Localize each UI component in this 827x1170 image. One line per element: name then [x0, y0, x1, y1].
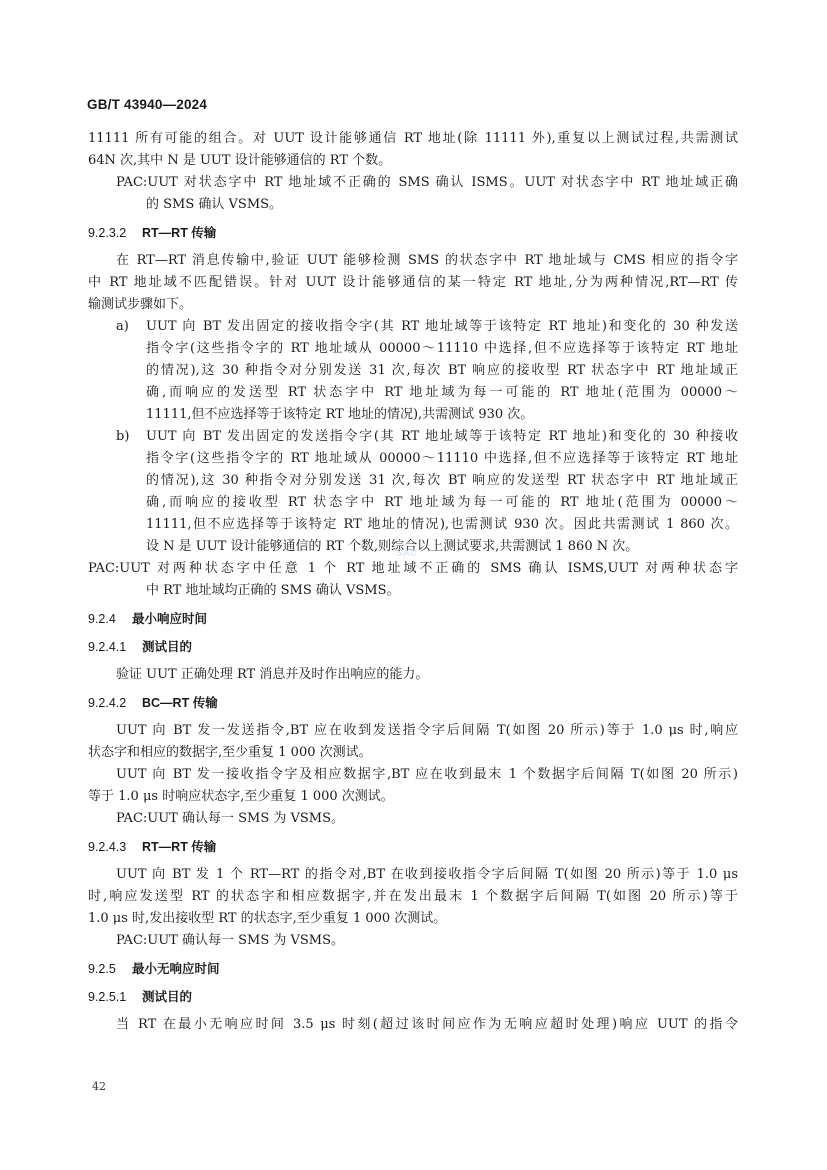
paragraph: UUT 向 BT 发一接收指令字及相应数据字,BT 应在收到最末 1 个数据字后… [88, 764, 738, 808]
section-number: 9.2.4.3 [88, 836, 132, 858]
text-line: UUT 向 BT 发 1 个 RT—RT 的指令对,BT 在收到接收指令字后间隔… [88, 864, 738, 886]
text-line: 在 RT—RT 消息传输中,验证 UUT 能够检测 SMS 的状态字中 RT 地… [88, 250, 738, 272]
section-heading: 9.2.5.1测试目的 [88, 986, 738, 1008]
paragraph: UUT 向 BT 发 1 个 RT—RT 的指令对,BT 在收到接收指令字后间隔… [88, 864, 738, 930]
text-line: 的 SMS 确认 VSMS。 [88, 194, 738, 216]
section-number: 9.2.4.2 [88, 692, 132, 714]
text-line: 验证 UUT 正确处理 RT 消息并及时作出响应的能力。 [88, 664, 738, 686]
section-heading: 9.2.5最小无响应时间 [88, 958, 738, 980]
text-line: 指令字(这些指令字的 RT 地址域从 00000～11110 中选择,但不应选择… [146, 338, 738, 360]
text-line: 指令字(这些指令字的 RT 地址域从 00000～11110 中选择,但不应选择… [146, 448, 738, 470]
document-body: 11111 所有可能的组合。对 UUT 设计能够通信 RT 地址(除 11111… [88, 128, 738, 1036]
section-heading: 9.2.3.2RT—RT 传输 [88, 222, 738, 244]
text-line: 的情况),这 30 种指令对分别发送 31 次,每次 BT 响应的发送型 RT … [146, 470, 738, 492]
text-line: PAC:UUT 对状态字中 RT 地址域不正确的 SMS 确认 ISMS。UUT… [88, 172, 738, 194]
list-item-b: b) UUT 向 BT 发出固定的发送指令字(其 RT 地址域等于该特定 RT … [88, 426, 738, 558]
section-heading: 9.2.4.3RT—RT 传输 [88, 836, 738, 858]
text-line: 确,而响应的接收型 RT 状态字中 RT 地址域为每一可能的 RT 地址(范围为… [146, 492, 738, 514]
section-title: BC—RT 传输 [142, 696, 218, 710]
text-line: 中 RT 地址域均正确的 SMS 确认 VSMS。 [88, 580, 738, 602]
text-line: 设 N 是 UUT 设计能够通信的 RT 个数,则综合以上测试要求,共需测试 1… [146, 536, 738, 558]
text-line: 确,而响应的发送型 RT 状态字中 RT 地址域为每一可能的 RT 地址(范围为… [146, 382, 738, 404]
section-number: 9.2.4 [88, 608, 122, 630]
text-line: PAC:UUT 对两种状态字中任意 1 个 RT 地址域不正确的 SMS 确认 … [88, 558, 738, 580]
paragraph: UUT 向 BT 发一发送指令,BT 应在收到发送指令字后间隔 T(如图 20 … [88, 720, 738, 764]
watermark-logo: SAC [396, 548, 417, 559]
text-line: 时,响应发送型 RT 的状态字和相应数据字,并在发出最末 1 个数据字后间隔 T… [88, 886, 738, 908]
pac-statement: PAC:UUT 对两种状态字中任意 1 个 RT 地址域不正确的 SMS 确认 … [88, 558, 738, 602]
list-marker: a) [116, 316, 129, 338]
section-title: 最小响应时间 [132, 612, 207, 626]
paragraph: 当 RT 在最小无响应时间 3.5 μs 时刻(超过该时间应作为无响应超时处理)… [88, 1014, 738, 1036]
text-line: UUT 向 BT 发出固定的发送指令字(其 RT 地址域等于该特定 RT 地址)… [146, 426, 738, 448]
section-title: RT—RT 传输 [142, 840, 216, 854]
text-line: PAC:UUT 确认每一 SMS 为 VSMS。 [88, 808, 738, 830]
paragraph: 在 RT—RT 消息传输中,验证 UUT 能够检测 SMS 的状态字中 RT 地… [88, 250, 738, 316]
text-line: UUT 向 BT 发一发送指令,BT 应在收到发送指令字后间隔 T(如图 20 … [88, 720, 738, 742]
page-number: 42 [92, 1080, 106, 1093]
section-title: 测试目的 [142, 990, 192, 1004]
section-number: 9.2.5.1 [88, 986, 132, 1008]
text-line: 的情况),这 30 种指令对分别发送 31 次,每次 BT 响应的接收型 RT … [146, 360, 738, 382]
standard-id-header: GB/T 43940—2024 [87, 97, 207, 112]
document-page: GB/T 43940—2024 11111 所有可能的组合。对 UUT 设计能够… [0, 0, 827, 1170]
text-line: 1.0 μs 时,发出接收型 RT 的状态字,至少重复 1 000 次测试。 [88, 908, 738, 930]
paragraph: 11111 所有可能的组合。对 UUT 设计能够通信 RT 地址(除 11111… [88, 128, 738, 172]
text-line: 当 RT 在最小无响应时间 3.5 μs 时刻(超过该时间应作为无响应超时处理)… [88, 1014, 738, 1036]
section-number: 9.2.5 [88, 958, 122, 980]
section-title: RT—RT 传输 [142, 226, 216, 240]
text-line: 11111,但不应选择等于该特定 RT 地址的情况),共需测试 930 次。 [146, 404, 738, 426]
section-title: 测试目的 [142, 640, 192, 654]
pac-statement: PAC:UUT 确认每一 SMS 为 VSMS。 [88, 930, 738, 952]
text-line: 64N 次,其中 N 是 UUT 设计能够通信的 RT 个数。 [88, 150, 738, 172]
pac-statement: PAC:UUT 确认每一 SMS 为 VSMS。 [88, 808, 738, 830]
section-number: 9.2.3.2 [88, 222, 132, 244]
text-line: 等于 1.0 μs 时响应状态字,至少重复 1 000 次测试。 [88, 786, 738, 808]
text-line: 状态字和相应的数据字,至少重复 1 000 次测试。 [88, 742, 738, 764]
text-line: UUT 向 BT 发出固定的接收指令字(其 RT 地址域等于该特定 RT 地址)… [146, 316, 738, 338]
pac-statement: PAC:UUT 对状态字中 RT 地址域不正确的 SMS 确认 ISMS。UUT… [88, 172, 738, 216]
section-heading: 9.2.4.1测试目的 [88, 636, 738, 658]
text-line: UUT 向 BT 发一接收指令字及相应数据字,BT 应在收到最末 1 个数据字后… [88, 764, 738, 786]
text-line: 11111 所有可能的组合。对 UUT 设计能够通信 RT 地址(除 11111… [88, 128, 738, 150]
section-title: 最小无响应时间 [132, 962, 220, 976]
list-marker: b) [116, 426, 129, 448]
text-line: 输测试步骤如下。 [88, 294, 738, 316]
text-line: 中 RT 地址域不匹配错误。针对 UUT 设计能够通信的某一特定 RT 地址,分… [88, 272, 738, 294]
list-item-a: a) UUT 向 BT 发出固定的接收指令字(其 RT 地址域等于该特定 RT … [88, 316, 738, 426]
paragraph: 验证 UUT 正确处理 RT 消息并及时作出响应的能力。 [88, 664, 738, 686]
section-heading: 9.2.4.2BC—RT 传输 [88, 692, 738, 714]
section-heading: 9.2.4最小响应时间 [88, 608, 738, 630]
section-number: 9.2.4.1 [88, 636, 132, 658]
text-line: PAC:UUT 确认每一 SMS 为 VSMS。 [88, 930, 738, 952]
text-line: 11111,但不应选择等于该特定 RT 地址的情况),也需测试 930 次。因此… [146, 514, 738, 536]
